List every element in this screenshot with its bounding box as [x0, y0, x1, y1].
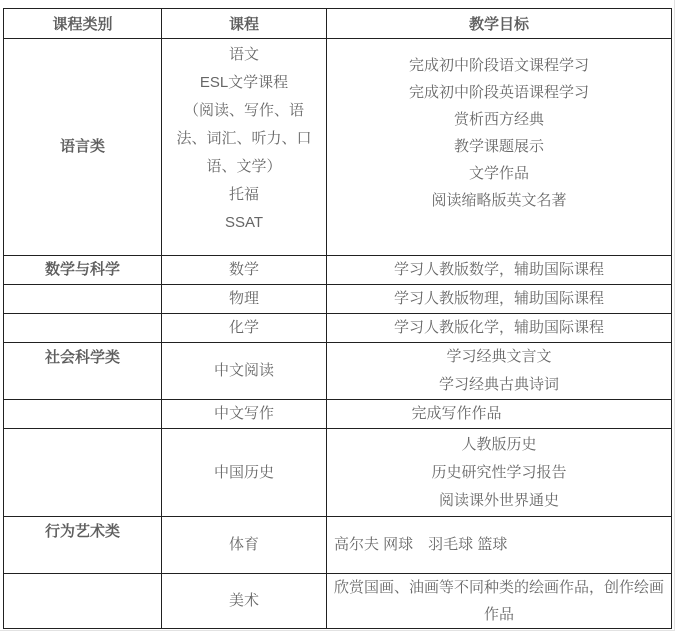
- course-line: 美术: [162, 587, 326, 615]
- objective-line: 教学课题展示: [327, 133, 671, 160]
- course-cell: 中文阅读: [162, 343, 327, 400]
- objectives-cell: 完成初中阶段语文课程学习完成初中阶段英语课程学习赏析西方经典教学课题展示文学作品…: [327, 39, 672, 256]
- objective-line: 学习人教版化学，辅助国际课程: [327, 314, 671, 342]
- category-label: 语言类: [4, 133, 161, 161]
- course-line: 化学: [162, 314, 326, 342]
- objectives-cell: 学习人教版化学，辅助国际课程: [327, 314, 672, 343]
- table-row: 物理学习人教版物理，辅助国际课程: [4, 285, 672, 314]
- objective-line: 学习经典文言文: [327, 343, 671, 371]
- course-line: 托福: [162, 181, 326, 209]
- table-header: 课程类别 课程 教学目标: [4, 9, 672, 39]
- table-row: 语言类语文ESL文学课程（阅读、写作、语法、词汇、听力、口语、文学）托福SSAT…: [4, 39, 672, 256]
- course-line: 物理: [162, 285, 326, 313]
- category-cell: 社会科学类: [4, 343, 162, 400]
- category-cell: 行为艺术类: [4, 517, 162, 574]
- course-line: 语、文学）: [162, 153, 326, 181]
- table-row: 社会科学类中文阅读学习经典文言文学习经典古典诗词: [4, 343, 672, 400]
- objectives-cell: 人教版历史历史研究性学习报告阅读课外世界通史: [327, 429, 672, 517]
- objective-line: 完成初中阶段英语课程学习: [327, 79, 671, 106]
- objective-line: 欣赏国画、油画等不同种类的绘画作品，创作绘画作品: [327, 574, 671, 628]
- objectives-cell: 学习人教版物理，辅助国际课程: [327, 285, 672, 314]
- objective-line: 学习经典古典诗词: [327, 371, 671, 399]
- table-row: 化学学习人教版化学，辅助国际课程: [4, 314, 672, 343]
- category-label: 数学与科学: [4, 256, 161, 284]
- category-cell: [4, 429, 162, 517]
- objective-line: 学习人教版物理，辅助国际课程: [327, 285, 671, 313]
- category-cell: [4, 574, 162, 629]
- objective-line: 阅读缩略版英文名著: [327, 187, 671, 214]
- category-label: 行为艺术类: [4, 523, 161, 540]
- objective-line: 完成写作作品: [327, 400, 586, 428]
- course-cell: 语文ESL文学课程（阅读、写作、语法、词汇、听力、口语、文学）托福SSAT: [162, 39, 327, 256]
- objectives-cell: 完成写作作品: [327, 400, 672, 429]
- category-cell: 语言类: [4, 39, 162, 256]
- course-line: （阅读、写作、语: [162, 97, 326, 125]
- curriculum-table: 课程类别 课程 教学目标 语言类语文ESL文学课程（阅读、写作、语法、词汇、听力…: [3, 8, 672, 629]
- table-row: 数学与科学数学学习人教版数学，辅助国际课程: [4, 256, 672, 285]
- objective-line: 学习人教版数学，辅助国际课程: [327, 256, 671, 284]
- category-cell: [4, 400, 162, 429]
- objective-line: 文学作品: [327, 160, 671, 187]
- course-line: 语文: [162, 41, 326, 69]
- objective-line: 阅读课外世界通史: [327, 487, 671, 515]
- course-cell: 中文写作: [162, 400, 327, 429]
- table-row: 中国历史人教版历史历史研究性学习报告阅读课外世界通史: [4, 429, 672, 517]
- header-row: 课程类别 课程 教学目标: [4, 9, 672, 39]
- objective-line: 历史研究性学习报告: [327, 459, 671, 487]
- table-row: 中文写作完成写作作品: [4, 400, 672, 429]
- category-cell: [4, 314, 162, 343]
- header-course: 课程: [162, 9, 327, 39]
- header-category: 课程类别: [4, 9, 162, 39]
- objectives-cell: 学习经典文言文学习经典古典诗词: [327, 343, 672, 400]
- objective-line: 赏析西方经典: [327, 106, 671, 133]
- category-cell: 数学与科学: [4, 256, 162, 285]
- course-cell: 美术: [162, 574, 327, 629]
- course-cell: 数学: [162, 256, 327, 285]
- category-cell: [4, 285, 162, 314]
- course-line: SSAT: [162, 209, 326, 237]
- table-row: 美术欣赏国画、油画等不同种类的绘画作品，创作绘画作品: [4, 574, 672, 629]
- course-cell: 化学: [162, 314, 327, 343]
- table-body: 语言类语文ESL文学课程（阅读、写作、语法、词汇、听力、口语、文学）托福SSAT…: [4, 39, 672, 629]
- course-line: ESL文学课程: [162, 69, 326, 97]
- course-line: 数学: [162, 256, 326, 284]
- course-line: 中文阅读: [162, 357, 326, 385]
- course-cell: 物理: [162, 285, 327, 314]
- category-label: 社会科学类: [4, 349, 161, 366]
- header-objectives: 教学目标: [327, 9, 672, 39]
- course-cell: 中国历史: [162, 429, 327, 517]
- page: 课程类别 课程 教学目标 语言类语文ESL文学课程（阅读、写作、语法、词汇、听力…: [0, 0, 675, 631]
- course-line: 法、词汇、听力、口: [162, 125, 326, 153]
- course-cell: 体育: [162, 517, 327, 574]
- objectives-cell: 欣赏国画、油画等不同种类的绘画作品，创作绘画作品: [327, 574, 672, 629]
- course-line: 体育: [162, 531, 326, 559]
- objective-line: 高尔夫 网球 羽毛球 篮球: [334, 531, 671, 559]
- objectives-cell: 学习人教版数学，辅助国际课程: [327, 256, 672, 285]
- course-line: 中文写作: [162, 400, 326, 428]
- objective-line: 完成初中阶段语文课程学习: [327, 52, 671, 79]
- table-row: 行为艺术类体育高尔夫 网球 羽毛球 篮球: [4, 517, 672, 574]
- objective-line: 人教版历史: [327, 431, 671, 459]
- course-line: 中国历史: [162, 459, 326, 487]
- objectives-cell: 高尔夫 网球 羽毛球 篮球: [327, 517, 672, 574]
